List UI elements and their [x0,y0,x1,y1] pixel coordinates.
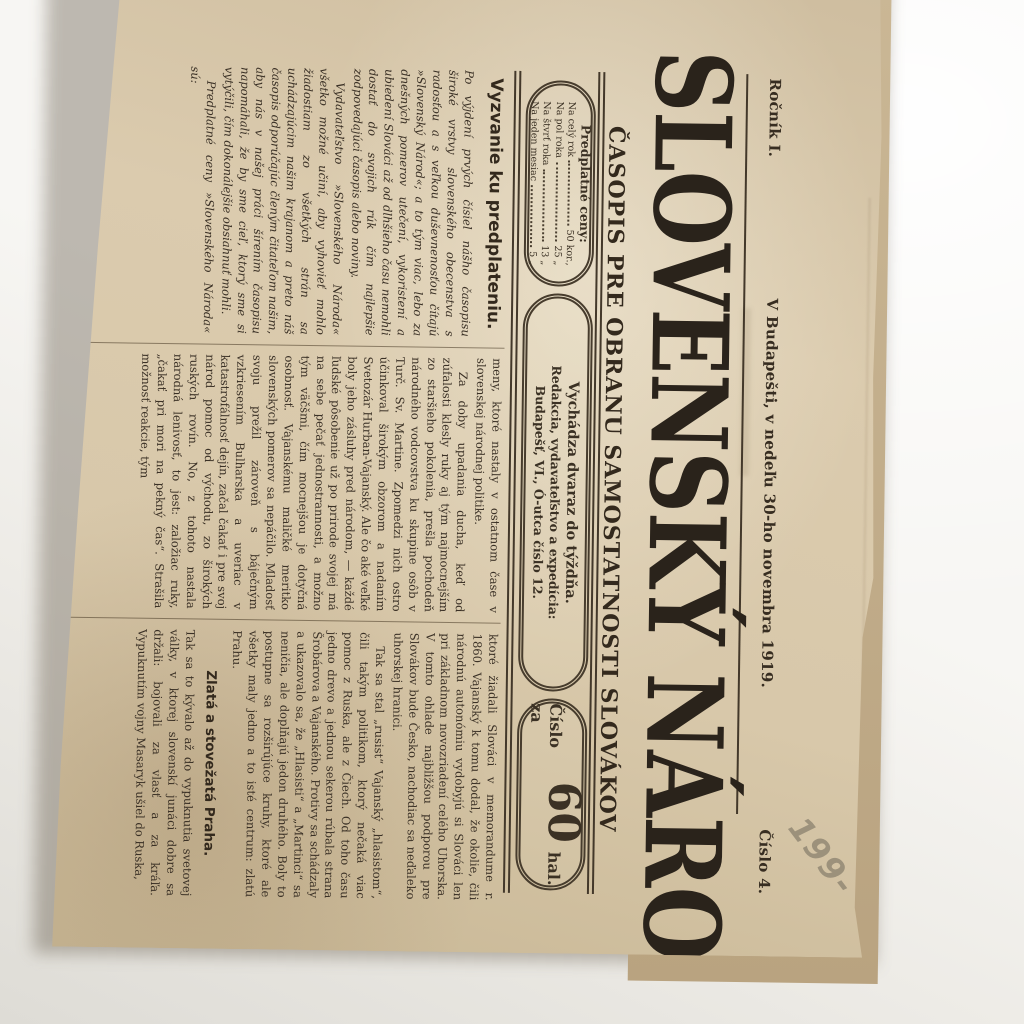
dot-leader [543,169,546,241]
price-row: Na celý rok 50 kor., [563,102,578,266]
issue-number: Číslo 4. [755,829,774,894]
issue-price-amount: 60 [545,781,581,843]
column-1: Vyzvanie ku predplateniu. Po výjdení prv… [63,65,509,348]
newspaper-title: SLOVENSKÝ NÁROD [628,50,745,911]
price-label: Na jeden mesiac [527,101,540,181]
article-paragraph: meny, ktoré nastaly v ostatnom čase v sl… [469,358,504,613]
article-paragraph: Tak sa to kývalo až do vypuknutia svetov… [130,629,197,897]
publication-frequency: Vychádza dvaraz do týždňa. [561,381,582,604]
dateline: V Budapešti, v nedeľu 30-ho novembra 191… [758,298,781,688]
publication-info-box: Vychádza dvaraz do týždňa. Redakcia, vyd… [518,293,594,692]
issue-price-unit: hal. [544,852,563,886]
article-columns: Vyzvanie ku predplateniu. Po výjdení prv… [55,65,509,901]
price-value: 25 „ [550,245,563,265]
article-paragraph: Po výjdení prvých čísiel nášho časopisu … [345,69,476,337]
dot-leader [567,161,570,226]
article-paragraph: Tak sa stal „rusist“ Vajanský „hlasistom… [225,630,387,899]
pencil-price-note: 199- [781,810,865,903]
masthead-dateline: Ročník I. V Budapešti, v nedeľu 30-ho no… [755,78,784,894]
price-row: Na pol roka 25 „ [550,101,565,265]
article-paragraph: Za doby upadania ducha, keď od zúfalosti… [134,353,471,612]
article-headline-2: Zlatá a stovežatá Praha. [199,630,221,897]
issue-price-box: Číslo za 60 hal. [515,698,588,891]
newspaper-photo: 199- Ročník I. V Budapešti, v nedeľu 30-… [0,0,1024,1024]
info-boxes-row: Predplatné ceny: Na celý rok 50 kor., Na… [515,80,596,891]
prices-box-title: Predplatné ceny: [577,125,594,243]
dot-leader [530,185,533,247]
issue-price-prefix: Číslo za [527,703,566,773]
price-label: Na štvrť roka [539,101,552,165]
article-paragraph: ktoré žiadali Slováci v memorandume r. 1… [386,632,501,900]
column-2: meny, ktoré nastaly v ostatnom čase v sl… [59,341,505,624]
article-paragraph: Vydavateľstvo »Slovenského Národa« všetk… [216,67,347,335]
price-value: 13 „ [538,245,551,265]
price-label: Na celý rok [564,102,577,158]
column-3: ktoré žiadali Slováci v memorandume r. 1… [55,618,501,901]
article-paragraph: Predplatné ceny »Slovenského Národa« sú: [183,66,218,333]
newspaper-front-page: 199- Ročník I. V Budapešti, v nedeľu 30-… [40,0,884,958]
price-value: 50 kor., [563,229,576,265]
price-row: Na jeden mesiac 5 „ [525,101,540,265]
price-label: Na pol roka [552,101,565,158]
article-headline: Vyzvanie ku predplateniu. [480,70,507,337]
price-row: Na štvrť roka 13 „ [538,101,553,265]
editorial-office-address: Budapešť, VI., Ó-utca číslo 12. [529,385,548,599]
subscription-prices-box: Predplatné ceny: Na celý rok 50 kor., Na… [523,80,596,287]
price-value: 5 „ [525,251,538,265]
volume-label: Ročník I. [765,78,784,157]
dot-leader [555,162,558,241]
